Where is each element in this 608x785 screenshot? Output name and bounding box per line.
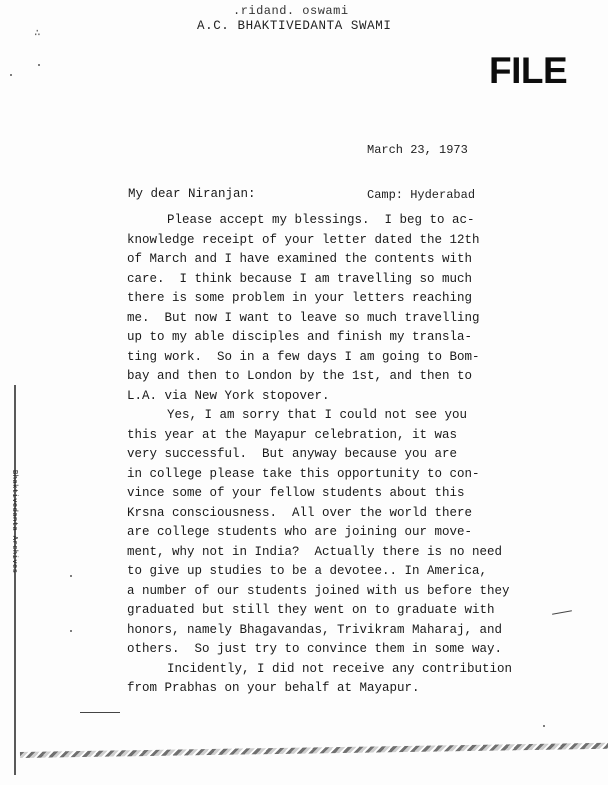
body-line: others. So just try to convince them in … bbox=[127, 640, 547, 660]
scan-speck bbox=[543, 725, 545, 727]
body-line: Krsna consciousness. All over the world … bbox=[127, 504, 547, 524]
letter-body: Please accept my blessings. I beg to ac-… bbox=[127, 211, 547, 699]
scan-edge-left bbox=[14, 385, 22, 775]
body-line: Incidently, I did not receive any contri… bbox=[127, 660, 547, 680]
scan-speck bbox=[10, 74, 12, 76]
body-line: are college students who are joining our… bbox=[127, 523, 547, 543]
body-line: ting work. So in a few days I am going t… bbox=[127, 348, 547, 368]
body-line: a number of our students joined with us … bbox=[127, 582, 547, 602]
scan-artifact bbox=[552, 610, 572, 614]
body-line: to give up studies to be a devotee.. In … bbox=[127, 562, 547, 582]
body-line: knowledge receipt of your letter dated t… bbox=[127, 231, 547, 251]
body-line: graduated but still they went on to grad… bbox=[127, 601, 547, 621]
archive-stamp: Bhaktivedanta Archives bbox=[10, 470, 18, 573]
letter-place: Camp: Hyderabad bbox=[367, 188, 475, 203]
file-stamp: FILE bbox=[489, 52, 567, 89]
body-line: from Prabhas on your behalf at Mayapur. bbox=[127, 679, 547, 699]
body-line: very successful. But anyway because you … bbox=[127, 445, 547, 465]
body-line: Please accept my blessings. I beg to ac- bbox=[127, 211, 547, 231]
body-line: there is some problem in your letters re… bbox=[127, 289, 547, 309]
body-line: vince some of your fellow students about… bbox=[127, 484, 547, 504]
corner-mark: ∴ bbox=[34, 26, 41, 40]
letterhead-title: .ridand. oswami bbox=[233, 4, 349, 18]
body-line: ment, why not in India? Actually there i… bbox=[127, 543, 547, 563]
scan-speck bbox=[70, 630, 72, 632]
body-line: this year at the Mayapur celebration, it… bbox=[127, 426, 547, 446]
body-line: of March and I have examined the content… bbox=[127, 250, 547, 270]
scanned-letter-page: ∴ .ridand. oswami A.C. BHAKTIVEDANTA SWA… bbox=[0, 0, 608, 785]
salutation: My dear Niranjan: bbox=[128, 187, 256, 201]
letter-date: March 23, 1973 bbox=[367, 143, 475, 158]
scan-artifact bbox=[80, 712, 120, 713]
scan-speck bbox=[70, 575, 72, 577]
scan-speck bbox=[38, 64, 40, 66]
scan-edge-bottom bbox=[20, 743, 608, 758]
body-line: bay and then to London by the 1st, and t… bbox=[127, 367, 547, 387]
body-line: up to my able disciples and finish my tr… bbox=[127, 328, 547, 348]
letterhead-name: A.C. BHAKTIVEDANTA SWAMI bbox=[197, 19, 391, 33]
body-line: L.A. via New York stopover. bbox=[127, 387, 547, 407]
body-line: honors, namely Bhagavandas, Trivikram Ma… bbox=[127, 621, 547, 641]
body-line: in college please take this opportunity … bbox=[127, 465, 547, 485]
body-line: me. But now I want to leave so much trav… bbox=[127, 309, 547, 329]
body-line: care. I think because I am travelling so… bbox=[127, 270, 547, 290]
body-line: Yes, I am sorry that I could not see you bbox=[127, 406, 547, 426]
